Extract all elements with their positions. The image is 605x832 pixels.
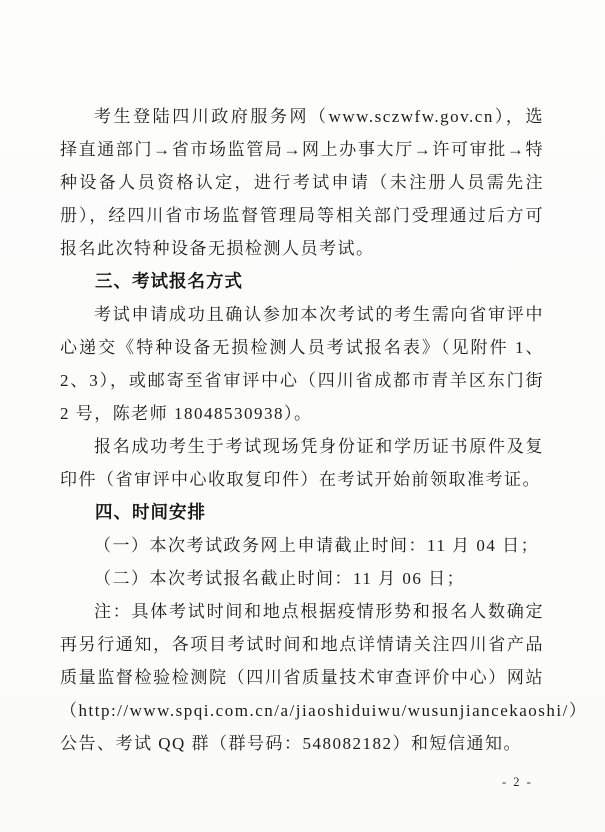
paragraph-online-application: 考生登陆四川政府服务网（www.sczwfw.gov.cn），选择直通部门→省市… — [60, 100, 544, 265]
paragraph-note-announcements: 注：具体考试时间和地点根据疫情形势和报名人数确定再另行通知，各项目考试时间和地点… — [60, 595, 544, 760]
document-page: 考生登陆四川政府服务网（www.sczwfw.gov.cn），选择直通部门→省市… — [0, 0, 605, 832]
page-number: - 2 - — [502, 775, 533, 790]
section-heading-registration-method: 三、考试报名方式 — [60, 265, 544, 298]
schedule-item-registration-deadline: （二）本次考试报名截止时间：11 月 06 日； — [60, 562, 544, 595]
schedule-item-application-deadline: （一）本次考试政务网上申请截止时间：11 月 04 日； — [60, 529, 544, 562]
document-body: 考生登陆四川政府服务网（www.sczwfw.gov.cn），选择直通部门→省市… — [60, 100, 544, 760]
section-heading-schedule: 四、时间安排 — [60, 496, 544, 529]
paragraph-admission-ticket: 报名成功考生于考试现场凭身份证和学历证书原件及复印件（省审评中心收取复印件）在考… — [60, 430, 544, 496]
paragraph-form-submission: 考试申请成功且确认参加本次考试的考生需向省审评中心递交《特种设备无损检测人员考试… — [60, 298, 544, 430]
